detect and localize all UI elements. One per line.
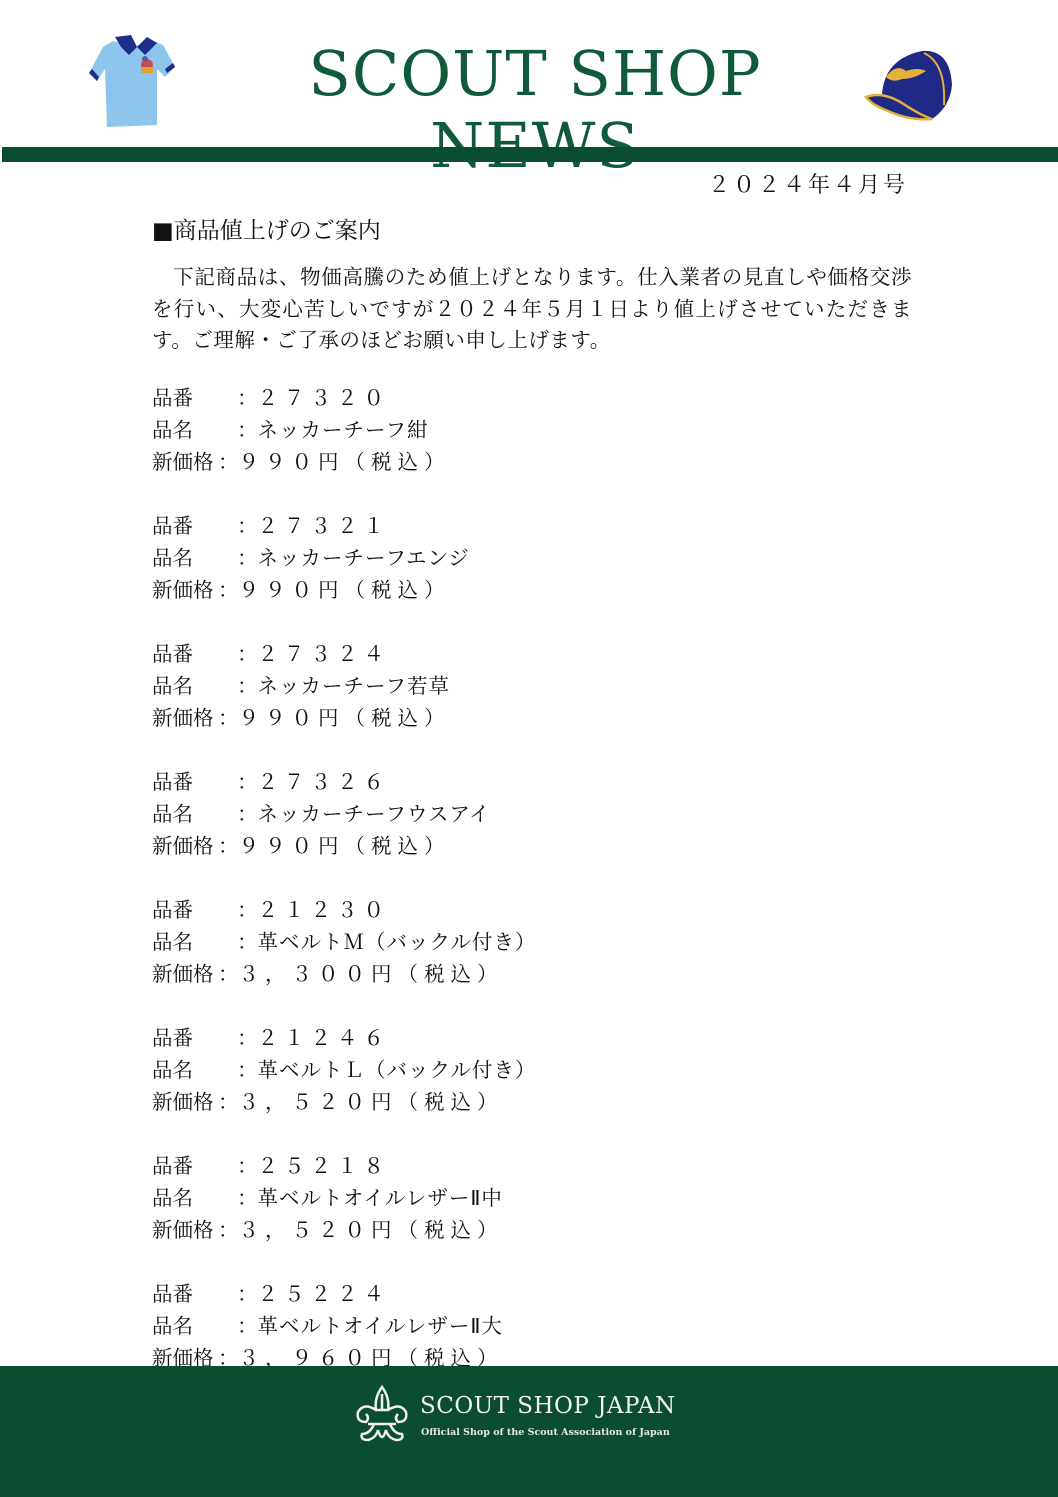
colon: ： bbox=[237, 1150, 258, 1182]
colon: ： bbox=[237, 510, 258, 542]
new-price-value: ３，５２０円（税込） bbox=[239, 1214, 504, 1246]
colon: ： bbox=[218, 446, 239, 478]
item-name-row: 品名：革ベルトＭ（バックル付き） bbox=[152, 926, 852, 958]
item-number-label: 品番 bbox=[152, 510, 237, 542]
product-item: 品番：２７３２１品名：ネッカーチーフエンジ新価格：９９０円（税込） bbox=[152, 510, 852, 606]
item-number-value: ２７３２１ bbox=[258, 510, 391, 542]
product-item: 品番：２５２２４品名：革ベルトオイルレザーⅡ大新価格：３，９６０円（税込） bbox=[152, 1278, 852, 1374]
colon: ： bbox=[237, 926, 258, 958]
new-price-row: 新価格：３，５２０円（税込） bbox=[152, 1214, 852, 1246]
item-name-value: ネッカーチーフ紺 bbox=[258, 414, 429, 446]
colon: ： bbox=[218, 958, 239, 990]
item-name-row: 品名：革ベルトＬ（バックル付き） bbox=[152, 1054, 852, 1086]
item-name-label: 品名 bbox=[152, 1182, 237, 1214]
new-price-value: ９９０円（税込） bbox=[239, 446, 451, 478]
colon: ： bbox=[237, 382, 258, 414]
section-title: ■商品値上げのご案内 bbox=[152, 212, 381, 245]
item-number-label: 品番 bbox=[152, 1022, 237, 1054]
colon: ： bbox=[237, 1022, 258, 1054]
item-number-row: 品番：２７３２０ bbox=[152, 382, 852, 414]
item-number-row: 品番：２７３２６ bbox=[152, 766, 852, 798]
new-price-label: 新価格 bbox=[152, 446, 218, 478]
item-number-value: ２７３２４ bbox=[258, 638, 391, 670]
item-name-value: 革ベルトＬ（バックル付き） bbox=[258, 1054, 537, 1086]
new-price-row: 新価格：９９０円（税込） bbox=[152, 574, 852, 606]
item-number-value: ２７３２０ bbox=[258, 382, 391, 414]
new-price-value: ９９０円（税込） bbox=[239, 574, 451, 606]
item-number-value: ２７３２６ bbox=[258, 766, 391, 798]
scout-cap-icon bbox=[862, 45, 957, 123]
item-name-value: ネッカーチーフエンジ bbox=[258, 542, 470, 574]
colon: ： bbox=[237, 766, 258, 798]
footer-tagline: Official Shop of the Scout Association o… bbox=[421, 1427, 670, 1438]
item-number-label: 品番 bbox=[152, 1278, 237, 1310]
new-price-label: 新価格 bbox=[152, 1214, 218, 1246]
item-number-value: ２５２２４ bbox=[258, 1278, 391, 1310]
new-price-value: ３，５２０円（税込） bbox=[239, 1086, 504, 1118]
new-price-label: 新価格 bbox=[152, 830, 218, 862]
colon: ： bbox=[218, 830, 239, 862]
item-number-value: ２１２４６ bbox=[258, 1022, 391, 1054]
new-price-value: ３，３００円（税込） bbox=[239, 958, 504, 990]
intro-paragraph: 下記商品は、物価高騰のため値上げとなります。仕入業者の見直しや価格交渉を行い、大… bbox=[152, 262, 912, 357]
new-price-row: 新価格：９９０円（税込） bbox=[152, 830, 852, 862]
footer: SCOUT SHOP JAPAN Official Shop of the Sc… bbox=[0, 1366, 1058, 1497]
item-number-row: 品番：２５２１８ bbox=[152, 1150, 852, 1182]
fleur-de-lis-icon bbox=[352, 1384, 412, 1446]
item-name-row: 品名：ネッカーチーフウスアイ bbox=[152, 798, 852, 830]
item-name-value: ネッカーチーフ若草 bbox=[258, 670, 450, 702]
colon: ： bbox=[237, 1310, 258, 1342]
product-item: 品番：２７３２０品名：ネッカーチーフ紺新価格：９９０円（税込） bbox=[152, 382, 852, 478]
item-number-row: 品番：２７３２１ bbox=[152, 510, 852, 542]
header: SCOUT SHOP NEWS bbox=[0, 0, 1058, 145]
item-name-value: 革ベルトオイルレザーⅡ中 bbox=[258, 1182, 503, 1214]
item-number-row: 品番：２１２４６ bbox=[152, 1022, 852, 1054]
item-name-row: 品名：ネッカーチーフ若草 bbox=[152, 670, 852, 702]
new-price-row: 新価格：９９０円（税込） bbox=[152, 702, 852, 734]
colon: ： bbox=[237, 1182, 258, 1214]
colon: ： bbox=[237, 894, 258, 926]
item-name-value: 革ベルトＭ（バックル付き） bbox=[258, 926, 537, 958]
item-number-label: 品番 bbox=[152, 766, 237, 798]
item-number-row: 品番：２７３２４ bbox=[152, 638, 852, 670]
product-item: 品番：２７３２４品名：ネッカーチーフ若草新価格：９９０円（税込） bbox=[152, 638, 852, 734]
item-name-label: 品名 bbox=[152, 1310, 237, 1342]
item-name-label: 品名 bbox=[152, 414, 237, 446]
new-price-label: 新価格 bbox=[152, 702, 218, 734]
item-number-label: 品番 bbox=[152, 894, 237, 926]
colon: ： bbox=[237, 542, 258, 574]
colon: ： bbox=[218, 1086, 239, 1118]
colon: ： bbox=[237, 414, 258, 446]
new-price-value: ９９０円（税込） bbox=[239, 702, 451, 734]
item-number-label: 品番 bbox=[152, 638, 237, 670]
item-name-value: 革ベルトオイルレザーⅡ大 bbox=[258, 1310, 503, 1342]
item-number-label: 品番 bbox=[152, 382, 237, 414]
item-name-label: 品名 bbox=[152, 926, 237, 958]
item-number-value: ２５２１８ bbox=[258, 1150, 391, 1182]
product-item: 品番：２７３２６品名：ネッカーチーフウスアイ新価格：９９０円（税込） bbox=[152, 766, 852, 862]
colon: ： bbox=[237, 1054, 258, 1086]
new-price-value: ９９０円（税込） bbox=[239, 830, 451, 862]
product-item: 品番：２１２４６品名：革ベルトＬ（バックル付き）新価格：３，５２０円（税込） bbox=[152, 1022, 852, 1118]
new-price-label: 新価格 bbox=[152, 1086, 218, 1118]
item-name-row: 品名：革ベルトオイルレザーⅡ中 bbox=[152, 1182, 852, 1214]
item-name-label: 品名 bbox=[152, 798, 237, 830]
issue-date: ２０２４年４月号 bbox=[708, 168, 908, 199]
item-number-label: 品番 bbox=[152, 1150, 237, 1182]
item-number-value: ２１２３０ bbox=[258, 894, 391, 926]
item-number-row: 品番：２５２２４ bbox=[152, 1278, 852, 1310]
colon: ： bbox=[218, 574, 239, 606]
footer-brand: SCOUT SHOP JAPAN bbox=[420, 1393, 676, 1419]
item-name-row: 品名：革ベルトオイルレザーⅡ大 bbox=[152, 1310, 852, 1342]
colon: ： bbox=[237, 670, 258, 702]
colon: ： bbox=[237, 798, 258, 830]
item-name-label: 品名 bbox=[152, 670, 237, 702]
item-name-label: 品名 bbox=[152, 1054, 237, 1086]
colon: ： bbox=[237, 638, 258, 670]
product-item: 品番：２５２１８品名：革ベルトオイルレザーⅡ中新価格：３，５２０円（税込） bbox=[152, 1150, 852, 1246]
product-item: 品番：２１２３０品名：革ベルトＭ（バックル付き）新価格：３，３００円（税込） bbox=[152, 894, 852, 990]
new-price-row: 新価格：９９０円（税込） bbox=[152, 446, 852, 478]
item-name-value: ネッカーチーフウスアイ bbox=[258, 798, 491, 830]
item-name-label: 品名 bbox=[152, 542, 237, 574]
polo-shirt-icon bbox=[85, 33, 180, 131]
colon: ： bbox=[218, 1214, 239, 1246]
new-price-label: 新価格 bbox=[152, 574, 218, 606]
item-name-row: 品名：ネッカーチーフ紺 bbox=[152, 414, 852, 446]
colon: ： bbox=[237, 1278, 258, 1310]
new-price-label: 新価格 bbox=[152, 958, 218, 990]
item-name-row: 品名：ネッカーチーフエンジ bbox=[152, 542, 852, 574]
colon: ： bbox=[218, 702, 239, 734]
item-number-row: 品番：２１２３０ bbox=[152, 894, 852, 926]
header-divider bbox=[2, 147, 1058, 162]
product-list: 品番：２７３２０品名：ネッカーチーフ紺新価格：９９０円（税込）品番：２７３２１品… bbox=[152, 382, 852, 1406]
new-price-row: 新価格：３，５２０円（税込） bbox=[152, 1086, 852, 1118]
new-price-row: 新価格：３，３００円（税込） bbox=[152, 958, 852, 990]
